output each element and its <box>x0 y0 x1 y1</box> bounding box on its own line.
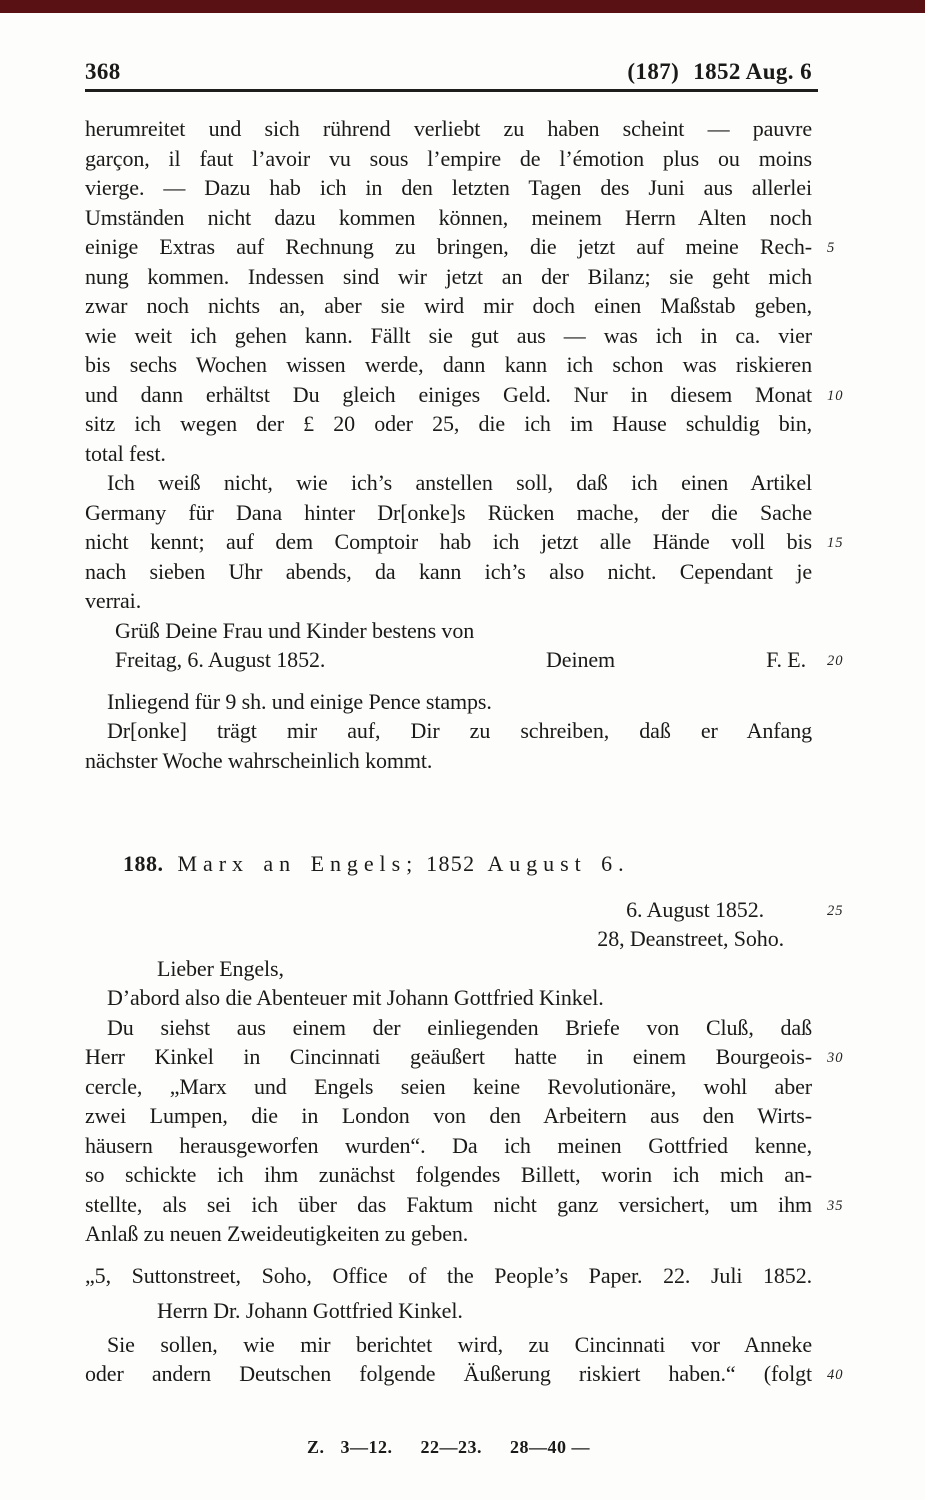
valediction: Deinem <box>546 645 615 675</box>
text-line: und dann erhältst Du gleich einiges Geld… <box>85 380 812 410</box>
text-line: Lieber Engels, <box>85 954 812 984</box>
letter-heading-date: August 6. <box>487 851 629 876</box>
text-line: häusern herausgeworfen wurden“. Da ich m… <box>85 1131 812 1161</box>
line-text: Herrn Dr. Johann Gottfried Kinkel. <box>157 1298 463 1323</box>
margin-line-number: 25 <box>827 903 863 919</box>
line-text: Grüß Deine Frau und Kinder bestens von <box>115 618 474 643</box>
line-text: häusern herausgeworfen wurden“. Da ich m… <box>85 1133 812 1158</box>
text-line: Sie sollen, wie mir berichtet wird, zu C… <box>85 1330 812 1360</box>
text-line: nach sieben Uhr abends, da kann ich’s al… <box>85 557 812 587</box>
line-text: Inliegend für 9 sh. und einige Pence sta… <box>107 689 492 714</box>
text-line: Herrn Dr. Johann Gottfried Kinkel. <box>85 1296 812 1326</box>
text-line: nung kommen. Indessen sind wir jetzt an … <box>85 262 812 292</box>
line-text: Ich weiß nicht, wie ich’s anstellen soll… <box>107 470 812 495</box>
text-line: 6. August 1852.25 <box>85 895 812 925</box>
text-line: Dr[onke] trägt mir auf, Dir zu schreiben… <box>85 716 812 746</box>
text-line: Umständen nicht dazu kommen können, mein… <box>85 203 812 233</box>
text-line: Germany für Dana hinter Dr[onke]s Rücken… <box>85 498 812 528</box>
letter-heading: 188.Marx an Engels;1852August 6. <box>85 849 812 879</box>
text-line: nächster Woche wahrscheinlich kommt. <box>85 746 812 776</box>
line-text: 6. August 1852. <box>626 897 764 922</box>
text-line: Grüß Deine Frau und Kinder bestens von <box>85 616 812 646</box>
margin-line-number: 40 <box>827 1367 863 1383</box>
margin-line-number: 30 <box>827 1050 863 1066</box>
text-line: nicht kennt; auf dem Comptoir hab ich je… <box>85 527 812 557</box>
line-text: D’abord also die Abenteuer mit Johann Go… <box>107 985 604 1010</box>
line-text: Sie sollen, wie mir berichtet wird, zu C… <box>107 1332 812 1357</box>
letter-heading-name: Marx an Engels; <box>178 851 419 876</box>
apparatus-ref: 3—12. <box>341 1437 393 1457</box>
line-text: einige Extras auf Rechnung zu bringen, d… <box>85 234 812 259</box>
line-text: „5, Suttonstreet, Soho, Office of the Pe… <box>85 1263 812 1288</box>
line-text: Umständen nicht dazu kommen können, mein… <box>85 205 812 230</box>
apparatus-ref: 22—23. <box>421 1437 483 1457</box>
line-text: Anlaß zu neuen Zweideutigkeiten zu geben… <box>85 1221 468 1246</box>
text-line: verrai. <box>85 586 812 616</box>
signature-initials: F. E. <box>766 645 806 675</box>
running-head: (187)1852 Aug. 6 <box>627 56 812 88</box>
text-line: Ich weiß nicht, wie ich’s anstellen soll… <box>85 468 812 498</box>
margin-line-number: 10 <box>827 388 863 404</box>
line-text: 28, Deanstreet, Soho. <box>597 926 784 951</box>
line-text: nach sieben Uhr abends, da kann ich’s al… <box>85 559 812 584</box>
line-text: wie weit ich gehen kann. Fällt sie gut a… <box>85 323 812 348</box>
running-head-entry-ref: (187) <box>627 59 679 84</box>
spacer <box>85 675 812 687</box>
line-text: nung kommen. Indessen sind wir jetzt an … <box>85 264 812 289</box>
margin-line-number: 5 <box>827 240 863 256</box>
text-line: Anlaß zu neuen Zweideutigkeiten zu geben… <box>85 1219 812 1249</box>
running-head-date: 1852 Aug. 6 <box>693 59 812 84</box>
letter-heading-year: 1852 <box>426 851 475 876</box>
line-text: stellte, als sei ich über das Faktum nic… <box>85 1192 812 1217</box>
line-text: Dr[onke] trägt mir auf, Dir zu schreiben… <box>107 718 812 743</box>
line-text: Du siehst aus einem der einliegenden Bri… <box>107 1015 812 1040</box>
scan-edge-band <box>0 0 925 13</box>
text-column: herumreitet und sich rührend verliebt zu… <box>85 114 812 1389</box>
line-text: cercle, „Marx und Engels seien keine Rev… <box>85 1074 812 1099</box>
line-text: so schickte ich ihm zunächst folgendes B… <box>85 1162 812 1187</box>
line-text: Germany für Dana hinter Dr[onke]s Rücken… <box>85 500 812 525</box>
line-text: zwar noch nichts an, aber sie wird mir d… <box>85 293 812 318</box>
text-line: stellte, als sei ich über das Faktum nic… <box>85 1190 812 1220</box>
line-text: sitz ich wegen der £ 20 oder 25, die ich… <box>85 411 812 436</box>
spacer <box>85 775 812 849</box>
text-line: garçon, il faut l’avoir vu sous l’empire… <box>85 144 812 174</box>
letter-date: Freitag, 6. August 1852. <box>115 647 325 672</box>
line-text: Herr Kinkel in Cincinnati geäußert hatte… <box>85 1044 812 1069</box>
scanned-book-page: 368 (187)1852 Aug. 6 herumreitet und sic… <box>0 0 925 1500</box>
text-line: 28, Deanstreet, Soho. <box>85 924 812 954</box>
text-line: vierge. — Dazu hab ich in den letzten Ta… <box>85 173 812 203</box>
apparatus-ref: 28—40 — <box>510 1437 590 1457</box>
text-line: cercle, „Marx und Engels seien keine Rev… <box>85 1072 812 1102</box>
apparatus-label: Z. <box>307 1437 325 1457</box>
line-text: bis sechs Wochen wissen werde, dann kann… <box>85 352 812 377</box>
line-text: vierge. — Dazu hab ich in den letzten Ta… <box>85 175 812 200</box>
margin-line-number: 20 <box>827 653 863 669</box>
text-line: bis sechs Wochen wissen werde, dann kann… <box>85 350 812 380</box>
line-text: oder andern Deutschen folgende Äußerung … <box>85 1361 812 1386</box>
text-line: Du siehst aus einem der einliegenden Bri… <box>85 1013 812 1043</box>
signature-date-row: Freitag, 6. August 1852.DeinemF. E.20 <box>85 645 812 675</box>
text-line: Herr Kinkel in Cincinnati geäußert hatte… <box>85 1042 812 1072</box>
line-text: garçon, il faut l’avoir vu sous l’empire… <box>85 146 812 171</box>
text-line: sitz ich wegen der £ 20 oder 25, die ich… <box>85 409 812 439</box>
text-line: zwei Lumpen, die in London von den Arbei… <box>85 1101 812 1131</box>
text-line: wie weit ich gehen kann. Fällt sie gut a… <box>85 321 812 351</box>
apparatus-footer: Z.3—12.22—23.28—40 — <box>85 1434 812 1460</box>
text-line: „5, Suttonstreet, Soho, Office of the Pe… <box>85 1261 812 1291</box>
line-text: Lieber Engels, <box>157 956 284 981</box>
letter-number: 188. <box>123 851 164 876</box>
text-line: Inliegend für 9 sh. und einige Pence sta… <box>85 687 812 717</box>
spacer <box>85 1249 812 1261</box>
text-line: zwar noch nichts an, aber sie wird mir d… <box>85 291 812 321</box>
margin-line-number: 35 <box>827 1198 863 1214</box>
text-line: total fest. <box>85 439 812 469</box>
header-rule <box>85 89 818 92</box>
text-line: herumreitet und sich rührend verliebt zu… <box>85 114 812 144</box>
line-text: zwei Lumpen, die in London von den Arbei… <box>85 1103 812 1128</box>
page-header: 368 (187)1852 Aug. 6 <box>85 56 812 88</box>
line-text: nicht kennt; auf dem Comptoir hab ich je… <box>85 529 812 554</box>
margin-line-number: 15 <box>827 535 863 551</box>
line-text: nächster Woche wahrscheinlich kommt. <box>85 748 432 773</box>
text-line: einige Extras auf Rechnung zu bringen, d… <box>85 232 812 262</box>
spacer <box>85 879 812 895</box>
text-line: so schickte ich ihm zunächst folgendes B… <box>85 1160 812 1190</box>
page-number: 368 <box>85 56 121 88</box>
line-text: total fest. <box>85 441 166 466</box>
line-text: und dann erhältst Du gleich einiges Geld… <box>85 382 812 407</box>
line-text: herumreitet und sich rührend verliebt zu… <box>85 116 812 141</box>
text-line: oder andern Deutschen folgende Äußerung … <box>85 1359 812 1389</box>
text-line: D’abord also die Abenteuer mit Johann Go… <box>85 983 812 1013</box>
line-text: verrai. <box>85 588 141 613</box>
